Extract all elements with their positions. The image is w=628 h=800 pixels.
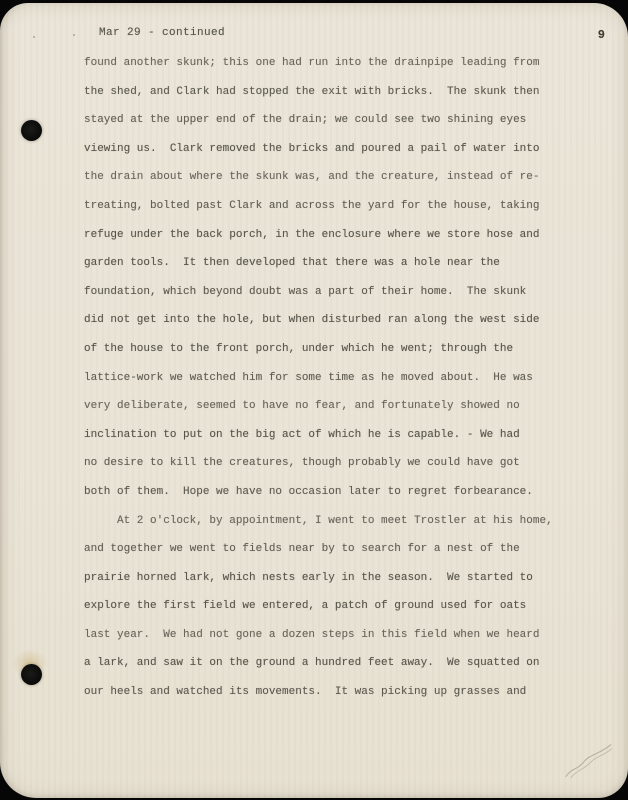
punch-hole-bottom	[21, 664, 42, 685]
typed-line: both of them. Hope we have no occasion l…	[84, 478, 584, 507]
date-heading: Mar 29 - continued	[99, 27, 225, 39]
punch-hole-top	[21, 120, 42, 141]
typed-line: and together we went to fields near by t…	[84, 535, 584, 564]
typed-line: prairie horned lark, which nests early i…	[84, 564, 584, 593]
paper-sheet: Mar 29 - continued 9 found another skunk…	[0, 3, 628, 798]
typed-line: stayed at the upper end of the drain; we…	[84, 106, 584, 135]
typed-line: a lark, and saw it on the ground a hundr…	[84, 649, 584, 678]
journal-body-text: found another skunk; this one had run in…	[84, 49, 584, 707]
typed-line: did not get into the hole, but when dist…	[84, 306, 584, 335]
typed-line: the shed, and Clark had stopped the exit…	[84, 78, 584, 107]
typed-line: foundation, which beyond doubt was a par…	[84, 278, 584, 307]
typed-line: lattice-work we watched him for some tim…	[84, 364, 584, 393]
typed-line: At 2 o'clock, by appointment, I went to …	[84, 507, 584, 536]
pencil-smudge	[558, 741, 620, 783]
typed-line: of the house to the front porch, under w…	[84, 335, 584, 364]
typed-line: inclination to put on the big act of whi…	[84, 421, 584, 450]
page-number: 9	[598, 28, 605, 42]
typed-line: our heels and watched its movements. It …	[84, 678, 584, 707]
page-header: Mar 29 - continued 9	[0, 27, 628, 43]
typed-line: the drain about where the skunk was, and…	[84, 163, 584, 192]
typed-line: no desire to kill the creatures, though …	[84, 449, 584, 478]
scanned-journal-page: { "document": { "header": { "date_label"…	[0, 0, 628, 800]
typed-line: refuge under the back porch, in the encl…	[84, 221, 584, 250]
typed-line: viewing us. Clark removed the bricks and…	[84, 135, 584, 164]
typed-line: found another skunk; this one had run in…	[84, 49, 584, 78]
typed-line: explore the first field we entered, a pa…	[84, 592, 584, 621]
typed-line: garden tools. It then developed that the…	[84, 249, 584, 278]
typed-line: very deliberate, seemed to have no fear,…	[84, 392, 584, 421]
typed-line: last year. We had not gone a dozen steps…	[84, 621, 584, 650]
typed-line: treating, bolted past Clark and across t…	[84, 192, 584, 221]
